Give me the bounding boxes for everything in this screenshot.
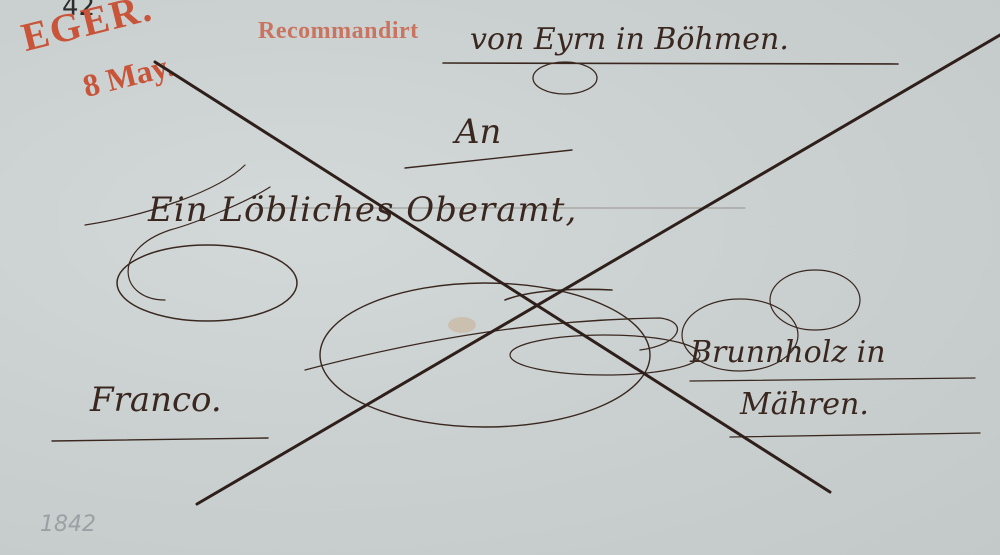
destination-circle-2 [770, 270, 860, 330]
addressee-flourish-1 [85, 165, 245, 225]
origin-flourish [533, 62, 597, 94]
cancellation-line-2 [197, 35, 1000, 504]
franco-underline [52, 438, 268, 441]
addressee-flourish-2 [128, 187, 270, 300]
origin-underline [443, 63, 898, 64]
destination-circle-1 [682, 299, 798, 371]
destination-underline-2 [730, 433, 980, 437]
letter-cover: 42 EGER. 8 May. Recommandirt von Eyrn in… [0, 0, 1000, 555]
addressee-loop [117, 245, 297, 321]
central-flourish-stroke [305, 318, 677, 370]
ink-stain [448, 317, 476, 333]
salutation-underline [405, 150, 572, 168]
central-flourish-inner [510, 335, 700, 375]
ink-strokes [0, 0, 1000, 555]
central-flourish-loop [320, 283, 650, 427]
destination-underline-1 [690, 378, 975, 381]
